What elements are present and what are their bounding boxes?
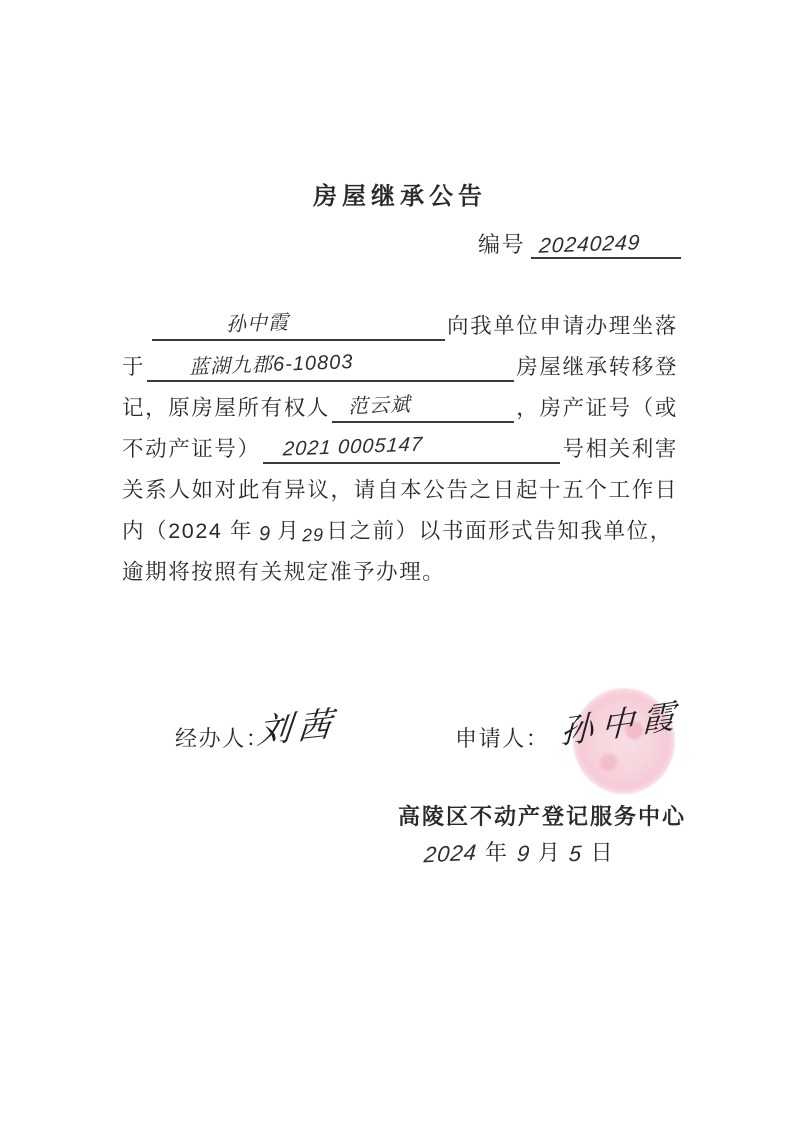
- org-name: 高陵区不动产登记服务中心: [398, 800, 686, 831]
- owner-name-handwritten: 范云斌: [347, 390, 411, 422]
- applicant-name-blank: 孙中霞: [152, 309, 445, 341]
- body-line4-suffix: 号相关利害: [562, 434, 678, 464]
- cert-number-blank: 2021 0005147: [263, 432, 561, 464]
- document-title: 房屋继承公告: [0, 176, 800, 211]
- body-line5-text: 关系人如对此有异议，请自本公告之日起十五个工作日: [122, 475, 678, 505]
- notice-document-page: 房屋继承公告 编号 20240249 孙中霞 向我单位申请办理坐落 于 蓝湖九郡…: [0, 0, 800, 1127]
- body-line2-prefix: 于: [122, 352, 145, 382]
- date-day-handwritten: 5: [568, 841, 584, 868]
- property-address-handwritten: 蓝湖九郡6-10803: [189, 347, 354, 383]
- body-line6-prefix: 内（2024 年: [122, 516, 253, 546]
- body-line-3: 记，原房屋所有权人 范云斌 ，房产证号（或: [122, 382, 678, 423]
- date-year-label: 年: [485, 836, 509, 867]
- body-line7-text: 逾期将按照有关规定准予办理。: [122, 557, 445, 587]
- body-line3-suffix: ，房产证号（或: [516, 393, 678, 423]
- cert-number-handwritten: 2021 0005147: [282, 430, 424, 465]
- date-month-label: 月: [538, 836, 562, 867]
- date-day-label: 日: [591, 836, 615, 867]
- body-line-4: 不动产证号） 2021 0005147 号相关利害: [122, 423, 678, 464]
- document-number-row: 编号 20240249: [478, 228, 681, 259]
- body-line4-prefix: 不动产证号）: [122, 434, 261, 464]
- body-line-6: 内（2024 年 9 月 29 日之前）以书面形式告知我单位，: [122, 505, 678, 546]
- handler-signature: 刘茜: [256, 695, 341, 753]
- body-line3-prefix: 记，原房屋所有权人: [122, 393, 330, 423]
- body-line2-suffix: 房屋继承转移登: [516, 352, 678, 382]
- notice-body: 孙中霞 向我单位申请办理坐落 于 蓝湖九郡6-10803 房屋继承转移登 记，原…: [122, 300, 678, 587]
- body-line-5: 关系人如对此有异议，请自本公告之日起十五个工作日: [122, 464, 678, 505]
- date-month-handwritten: 9: [515, 841, 531, 868]
- body-line-2: 于 蓝湖九郡6-10803 房屋继承转移登: [122, 341, 678, 382]
- property-address-blank: 蓝湖九郡6-10803: [147, 350, 514, 382]
- applicant-name-handwritten: 孙中霞: [225, 308, 289, 340]
- date-year-handwritten: 2024: [423, 840, 478, 869]
- number-handwritten-value: 20240249: [538, 231, 641, 259]
- deadline-day-handwritten: 29: [302, 525, 325, 547]
- number-label: 编号: [478, 228, 525, 259]
- body-line6-suffix: 日之前）以书面形式告知我单位，: [326, 516, 673, 546]
- body-line1-text: 向我单位申请办理坐落: [447, 311, 678, 341]
- applicant-label: 申请人：: [455, 722, 549, 753]
- deadline-month-handwritten: 9: [259, 523, 272, 546]
- date-line: 2024 年 9 月 5 日: [420, 836, 618, 867]
- body-line6-month-label: 月: [277, 516, 300, 546]
- owner-name-blank: 范云斌: [332, 391, 514, 423]
- body-line-1: 孙中霞 向我单位申请办理坐落: [122, 300, 678, 341]
- number-blank-line: 20240249: [531, 233, 681, 259]
- body-line-7: 逾期将按照有关规定准予办理。: [122, 546, 678, 587]
